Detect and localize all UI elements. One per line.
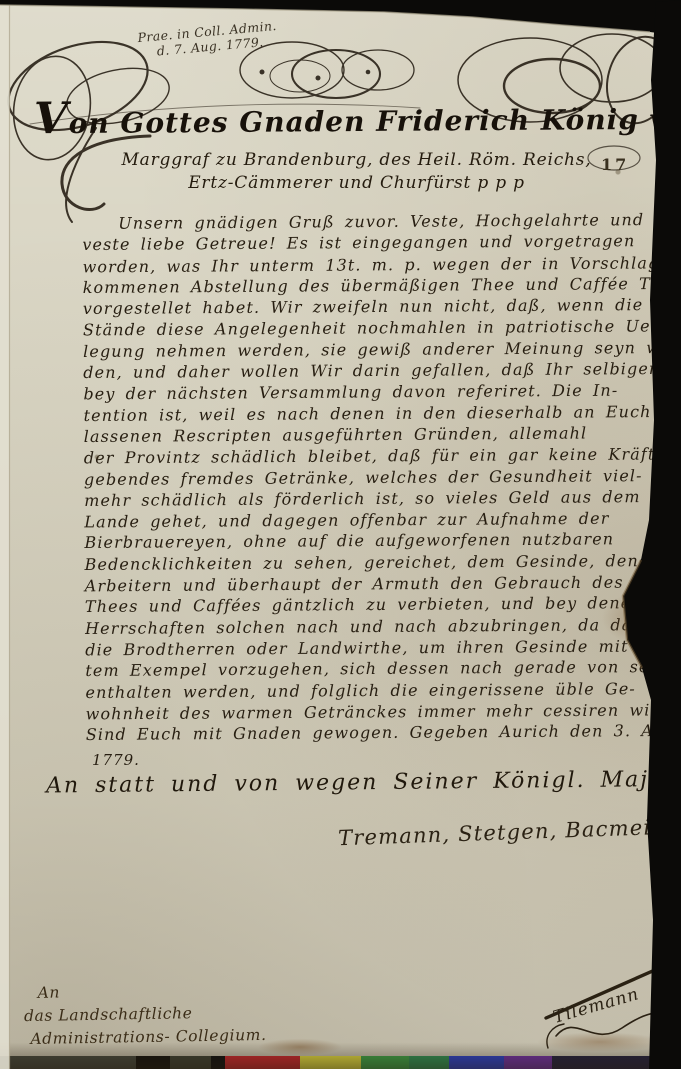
manuscript-line: wohnheit des warmen Getränckes immer meh… (86, 699, 660, 724)
manuscript-line: Lande gehet, und dagegen offenbar zur Au… (84, 508, 658, 533)
color-bar-segment (211, 1056, 225, 1069)
registry-note: Prae. in Coll. Admin. d. 7. Aug. 1779. (137, 18, 279, 60)
manuscript-line: Arbeitern und überhaupt der Armuth den G… (85, 571, 659, 596)
countersignature-name: Tilemann (551, 984, 642, 1028)
countersignature: Tilemann (542, 952, 680, 1060)
color-calibration-strip (0, 1056, 681, 1069)
manuscript-page: Prae. in Coll. Admin. d. 7. Aug. 1779. V… (0, 0, 681, 1069)
color-bar-segment (504, 1056, 552, 1069)
color-bar-segment (361, 1056, 409, 1069)
manuscript-line: worden, was Ihr unterm 13t. m. p. wegen … (82, 252, 656, 277)
manuscript-line: Stände diese Angelegenheit nochmahlen in… (83, 316, 657, 341)
dateline-year: 1779. (92, 751, 140, 769)
title-subtitle-2: Ertz-Cämmerer und Churfürst p p p (84, 173, 629, 193)
color-bar-segment (409, 1056, 450, 1069)
manuscript-line: der Provintz schädlich bleibet, daß für … (84, 444, 658, 469)
color-bar-segment (449, 1056, 503, 1069)
signatures: Tremann, Stetgen, Bacmeister (338, 814, 681, 851)
color-bar-segment (170, 1056, 211, 1069)
color-bar-segment (552, 1056, 681, 1069)
closing-formula: An statt und von wegen Seiner Königl. Ma… (46, 766, 681, 798)
color-bar-segment (136, 1056, 170, 1069)
archival-scan: Prae. in Coll. Admin. d. 7. Aug. 1779. V… (0, 0, 681, 1069)
manuscript-line: die Brodtherren oder Landwirthe, um ihre… (85, 635, 659, 660)
manuscript-line: bey der nächsten Versammlung davon refer… (83, 380, 657, 405)
color-bar-segment (0, 1056, 136, 1069)
folio-number: 17 (601, 155, 629, 174)
title-subtitle-1: Marggraf zu Brandenburg, des Heil. Röm. … (84, 150, 629, 170)
color-bar-segment (300, 1056, 361, 1069)
letter-body: Unsern gnädigen Gruß zuvor. Veste, Hochg… (82, 209, 660, 745)
page-title: Von Gottes Gnaden Friderich König von Pr… (34, 95, 676, 144)
address-line: Administrations- Collegium. (24, 1024, 267, 1051)
color-bar-segment (225, 1056, 300, 1069)
address-block: An das Landschaftliche Administrations- … (23, 978, 266, 1051)
